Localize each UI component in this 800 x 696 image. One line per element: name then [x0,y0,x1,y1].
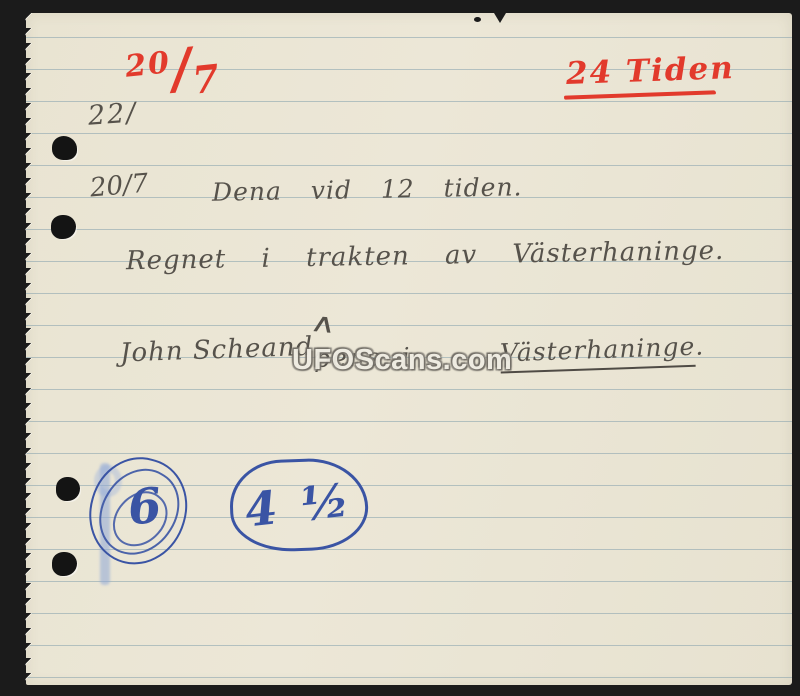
top-edge-notch [494,13,506,23]
punch-hole [56,477,80,501]
pencil-line1-date: 20/7 [89,169,150,204]
top-edge-speck [474,17,481,22]
pencil-line3-place: Västerhaninge. [500,331,705,367]
pencil-line1-text: Dena vid 12 tiden. [212,172,523,206]
blue-circled-number: 6 [125,477,164,536]
line3-period: . [695,331,705,360]
watermark-text: UFOScans.com [292,344,512,377]
red-date-denominator: 7 [190,55,221,103]
blue-fraction-circle: 4 ½ [228,457,369,554]
blue-circled-fraction: 4 ½ [242,473,355,538]
punch-hole [52,552,77,576]
notebook-page: 20/7 24 Tiden 22/ 20/7 Dena vid 12 tiden… [26,13,792,685]
pencil-corner-date: 22/ [87,97,138,131]
pencil-line2-text: Regnet i trakten av Västerhaninge. [126,236,725,276]
underlined-place-name: Västerhaninge [500,332,696,374]
torn-left-edge [24,13,35,685]
punch-hole [51,215,76,239]
red-time-annotation: 24 Tiden [565,50,735,92]
red-underline [564,90,716,99]
punch-hole [52,136,77,160]
red-date-numerator: 20 [124,45,173,85]
red-date-annotation: 20/7 [123,32,222,109]
